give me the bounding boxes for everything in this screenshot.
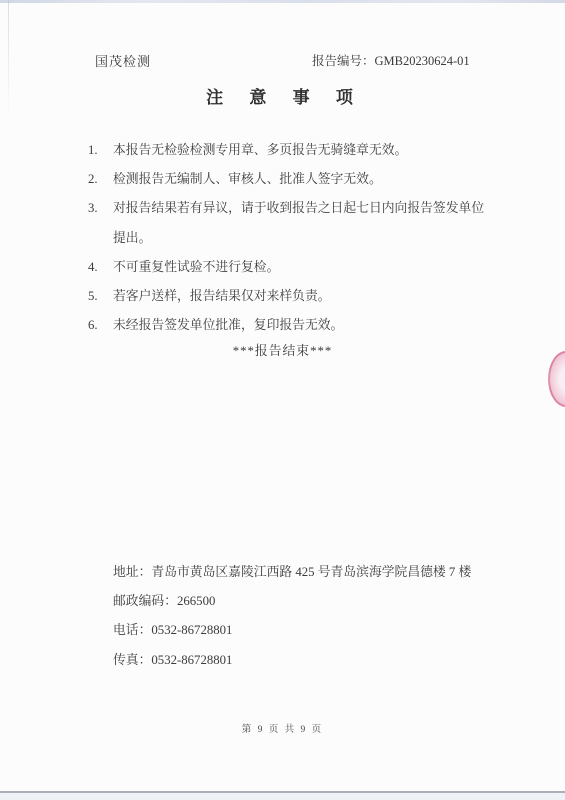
note-text: 未经报告签发单位批准，复印报告无效。 (113, 318, 343, 332)
note-number: 2. (88, 165, 113, 194)
fax-label: 传真： (113, 653, 151, 667)
company-name: 国茂检测 (95, 51, 151, 70)
note-text: 对报告结果若有异议，请于收到报告之日起七日内向报告签发单位提出。 (113, 201, 484, 244)
address-label: 地址： (113, 565, 151, 579)
note-text: 不可重复性试验不进行复检。 (113, 260, 279, 274)
note-item-4: 4.不可重复性试验不进行复检。 (88, 253, 490, 282)
report-number-line: 报告编号：GMB20230624-01 (312, 51, 470, 69)
postcode-value: 266500 (177, 594, 215, 608)
address-line: 地址：青岛市黄岛区嘉陵江西路 425 号青岛滨海学院昌德楼 7 楼 (113, 558, 471, 587)
note-number: 6. (88, 311, 113, 340)
scanned-report-page: 国茂检测 报告编号：GMB20230624-01 注 意 事 项 1.本报告无检… (0, 0, 565, 800)
red-seal-stamp-partial (548, 351, 565, 407)
phone-line: 电话：0532-86728801 (113, 616, 471, 645)
notes-list: 1.本报告无检验检测专用章、多页报告无骑缝章无效。 2.检测报告无编制人、审核人… (88, 136, 490, 340)
fax-value: 0532-86728801 (151, 653, 232, 667)
note-item-3: 3.对报告结果若有异议，请于收到报告之日起七日内向报告签发单位提出。 (88, 194, 490, 252)
note-item-5: 5.若客户送样，报告结果仅对来样负责。 (88, 282, 490, 311)
report-end-marker: ***报告结束*** (0, 340, 565, 359)
note-number: 5. (88, 282, 113, 311)
note-text: 检测报告无编制人、审核人、批准人签字无效。 (113, 172, 382, 186)
note-item-1: 1.本报告无检验检测专用章、多页报告无骑缝章无效。 (88, 136, 490, 165)
page-number: 第 9 页 共 9 页 (0, 721, 565, 735)
scan-bottom-margin (0, 793, 565, 800)
report-number-value: GMB20230624-01 (375, 54, 470, 68)
note-item-6: 6.未经报告签发单位批准，复印报告无效。 (88, 311, 490, 340)
note-text: 本报告无检验检测专用章、多页报告无骑缝章无效。 (113, 143, 407, 157)
note-number: 1. (88, 136, 113, 165)
address-value: 青岛市黄岛区嘉陵江西路 425 号青岛滨海学院昌德楼 7 楼 (151, 565, 471, 579)
page-title: 注 意 事 项 (0, 83, 565, 108)
postcode-line: 邮政编码：266500 (113, 587, 471, 616)
contact-block: 地址：青岛市黄岛区嘉陵江西路 425 号青岛滨海学院昌德楼 7 楼 邮政编码：2… (113, 558, 471, 675)
postcode-label: 邮政编码： (113, 594, 177, 608)
fax-line: 传真：0532-86728801 (113, 646, 471, 675)
phone-label: 电话： (113, 623, 151, 637)
scan-top-edge (0, 0, 565, 3)
report-number-label: 报告编号： (312, 54, 375, 68)
phone-value: 0532-86728801 (151, 623, 232, 637)
note-number: 3. (88, 194, 113, 223)
note-text: 若客户送样，报告结果仅对来样负责。 (113, 289, 331, 303)
note-number: 4. (88, 253, 113, 282)
note-item-2: 2.检测报告无编制人、审核人、批准人签字无效。 (88, 165, 490, 194)
